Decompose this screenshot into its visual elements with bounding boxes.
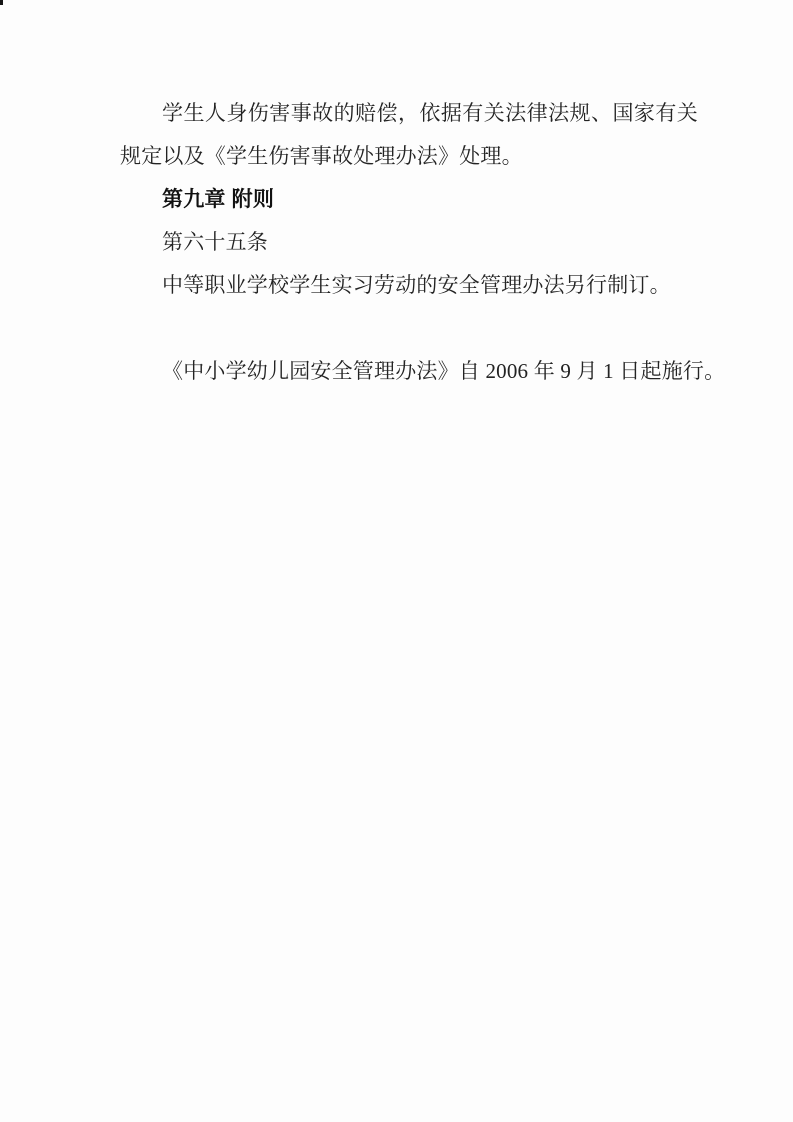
document-page: 学生人身伤害事故的赔偿，依据有关法律法规、国家有关规定以及《学生伤害事故处理办法… (0, 0, 793, 1122)
paragraph-compensation: 学生人身伤害事故的赔偿，依据有关法律法规、国家有关规定以及《学生伤害事故处理办法… (120, 92, 698, 178)
effective-date-line: 《中小学幼儿园安全管理办法》自 2006 年 9 月 1 日起施行。 (120, 350, 698, 393)
document-content: 学生人身伤害事故的赔偿，依据有关法律法规、国家有关规定以及《学生伤害事故处理办法… (120, 92, 698, 393)
article-number: 第六十五条 (120, 221, 698, 264)
scan-artifact-mark (0, 0, 3, 5)
chapter-heading: 第九章 附则 (120, 178, 698, 221)
article-text: 中等职业学校学生实习劳动的安全管理办法另行制订。 (120, 264, 698, 307)
blank-line-spacer (120, 307, 698, 350)
